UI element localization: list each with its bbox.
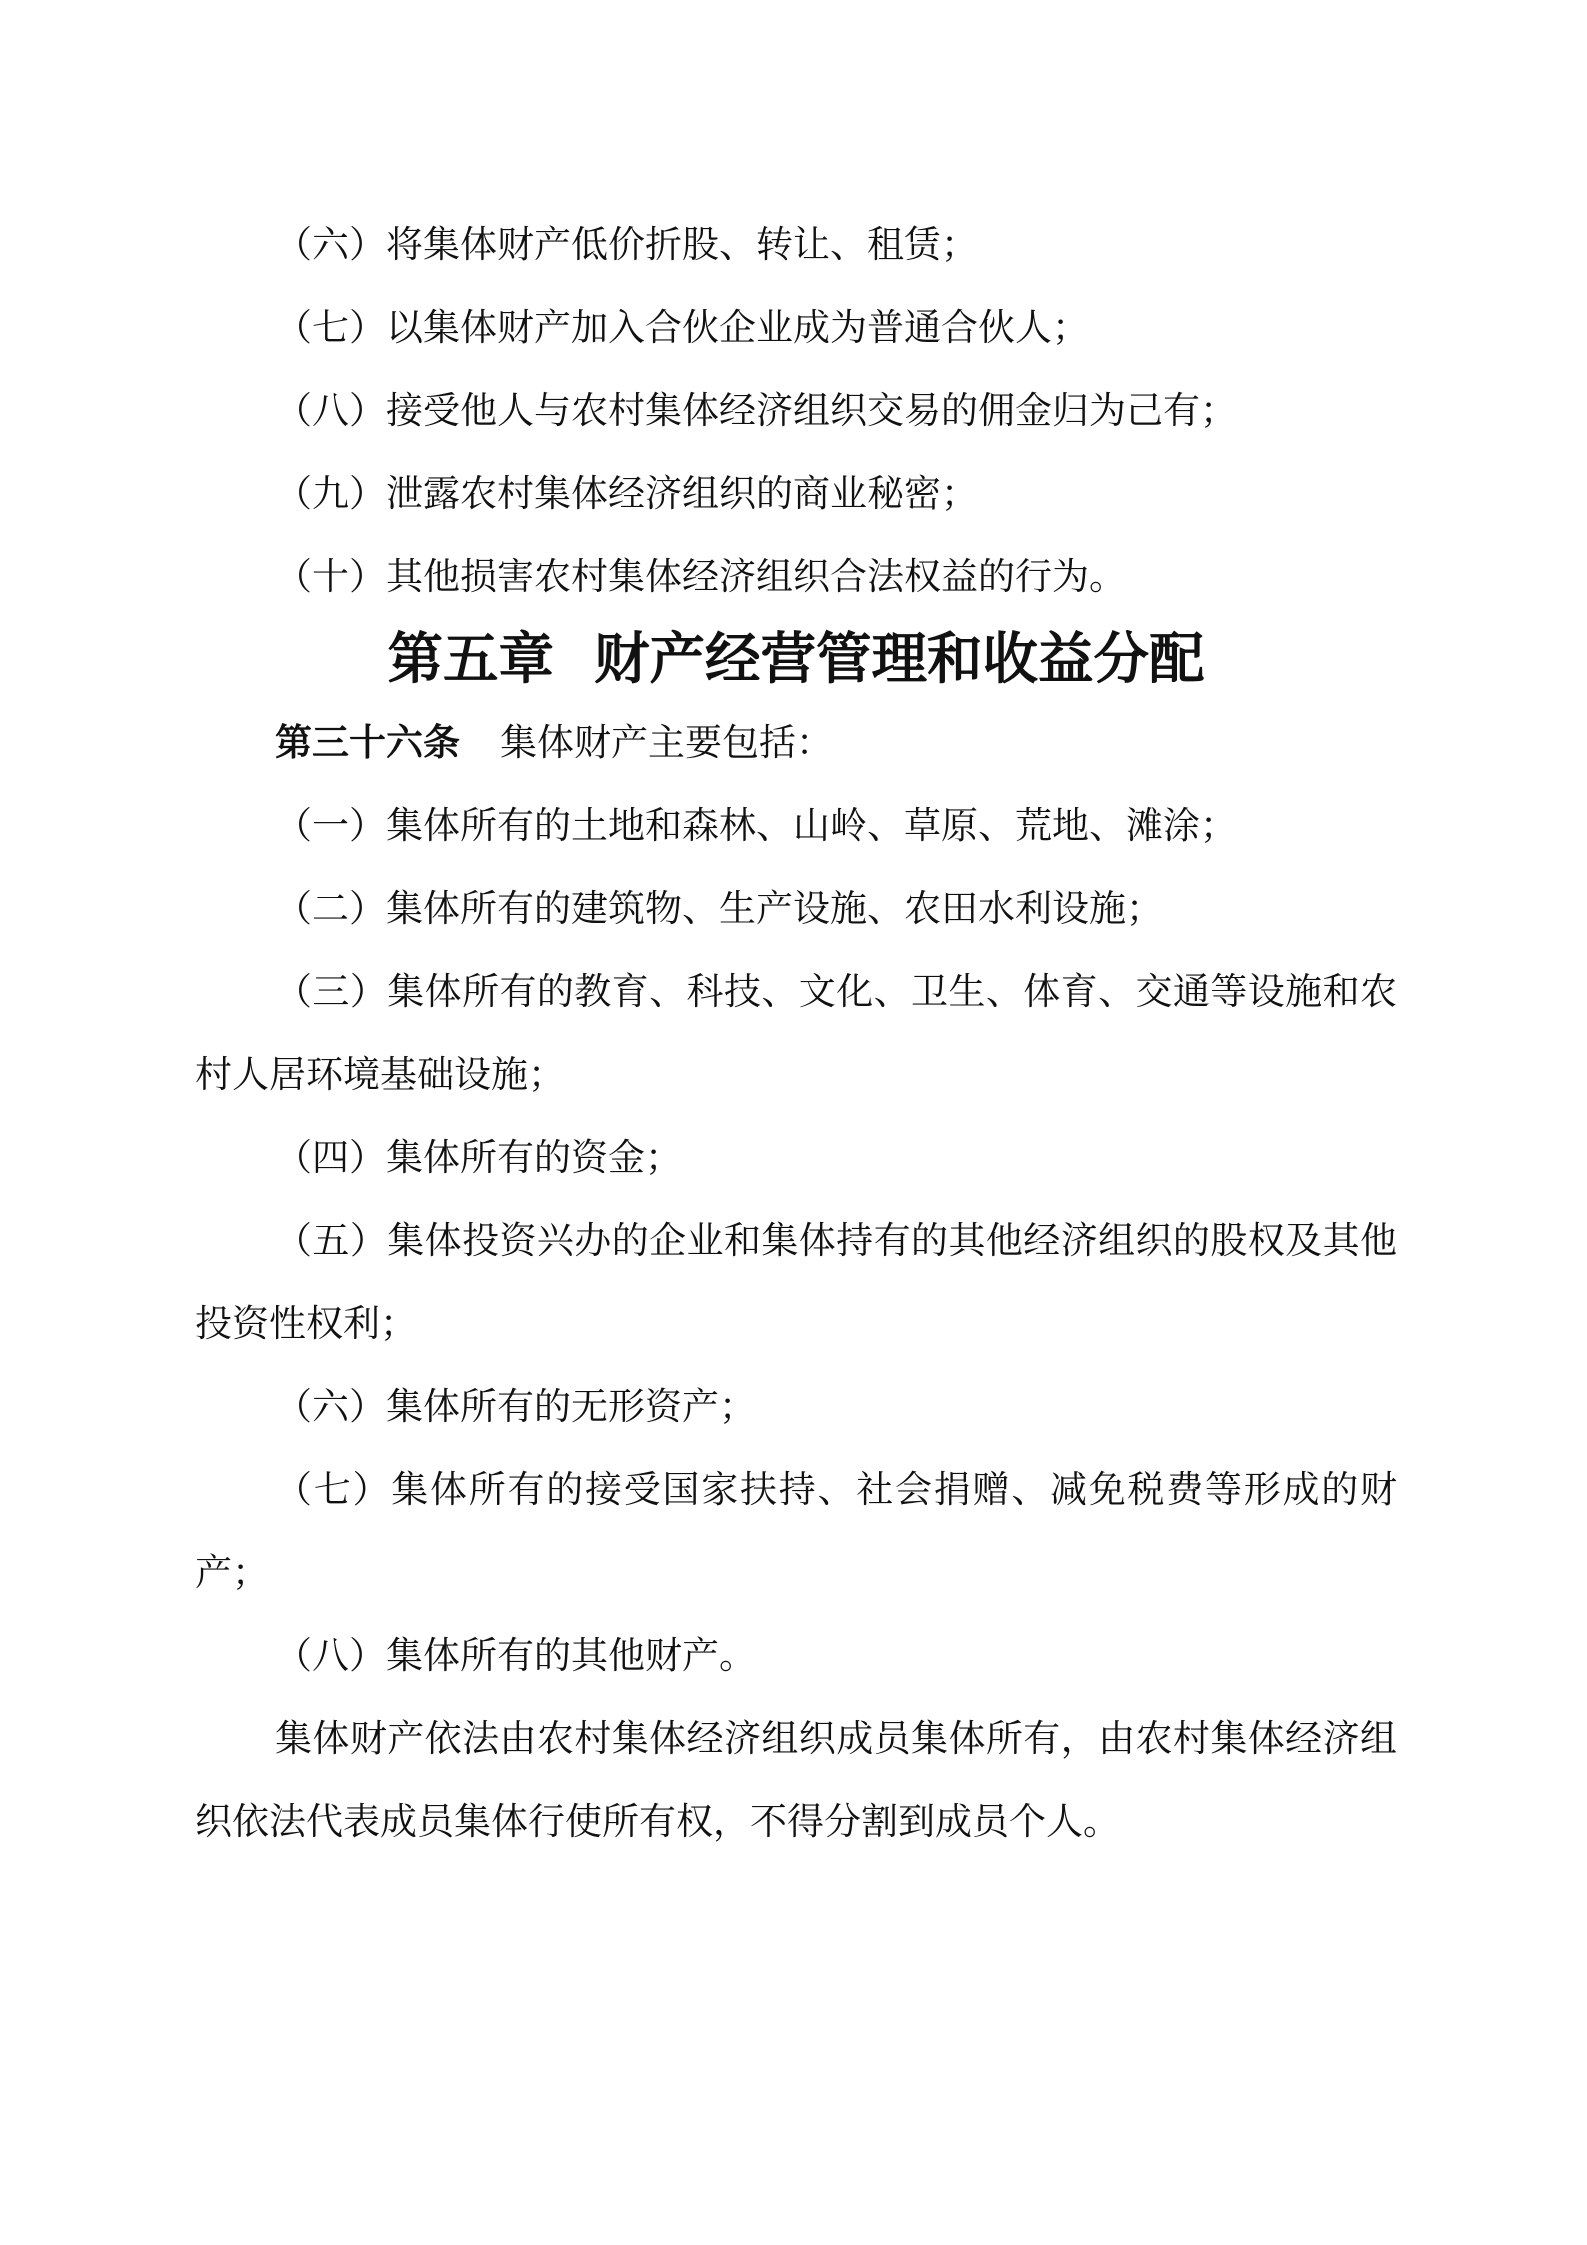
list-item: （七）集体所有的接受国家扶持、社会捐赠、减免税费等形成的财产； (195, 1448, 1397, 1614)
list-item: （七）以集体财产加入合伙企业成为普通合伙人； (195, 286, 1397, 369)
closing-paragraph: 集体财产依法由农村集体经济组织成员集体所有，由农村集体经济组织依法代表成员集体行… (195, 1697, 1397, 1863)
list-item: （四）集体所有的资金； (195, 1116, 1397, 1199)
list-item: （六）集体所有的无形资产； (195, 1365, 1397, 1448)
list-item: （十）其他损害农村集体经济组织合法权益的行为。 (195, 535, 1397, 618)
article-intro: 集体财产主要包括： (500, 721, 833, 764)
document-page: （六）将集体财产低价折股、转让、租赁； （七）以集体财产加入合伙企业成为普通合伙… (195, 203, 1397, 1863)
list-item: （六）将集体财产低价折股、转让、租赁； (195, 203, 1397, 286)
article-heading: 第三十六条集体财产主要包括： (195, 701, 1397, 784)
chapter-title: 财产经营管理和收益分配 (594, 627, 1205, 692)
list-item: （九）泄露农村集体经济组织的商业秘密； (195, 452, 1397, 535)
chapter-number: 第五章 (387, 627, 554, 692)
list-item: （五）集体投资兴办的企业和集体持有的其他经济组织的股权及其他投资性权利； (195, 1199, 1397, 1365)
list-item: （二）集体所有的建筑物、生产设施、农田水利设施； (195, 867, 1397, 950)
list-item: （三）集体所有的教育、科技、文化、卫生、体育、交通等设施和农村人居环境基础设施； (195, 950, 1397, 1116)
article-label: 第三十六条 (275, 721, 460, 764)
list-item: （一）集体所有的土地和森林、山岭、草原、荒地、滩涂； (195, 784, 1397, 867)
list-item: （八）接受他人与农村集体经济组织交易的佣金归为己有； (195, 369, 1397, 452)
list-item: （八）集体所有的其他财产。 (195, 1614, 1397, 1697)
chapter-heading: 第五章财产经营管理和收益分配 (195, 618, 1397, 701)
